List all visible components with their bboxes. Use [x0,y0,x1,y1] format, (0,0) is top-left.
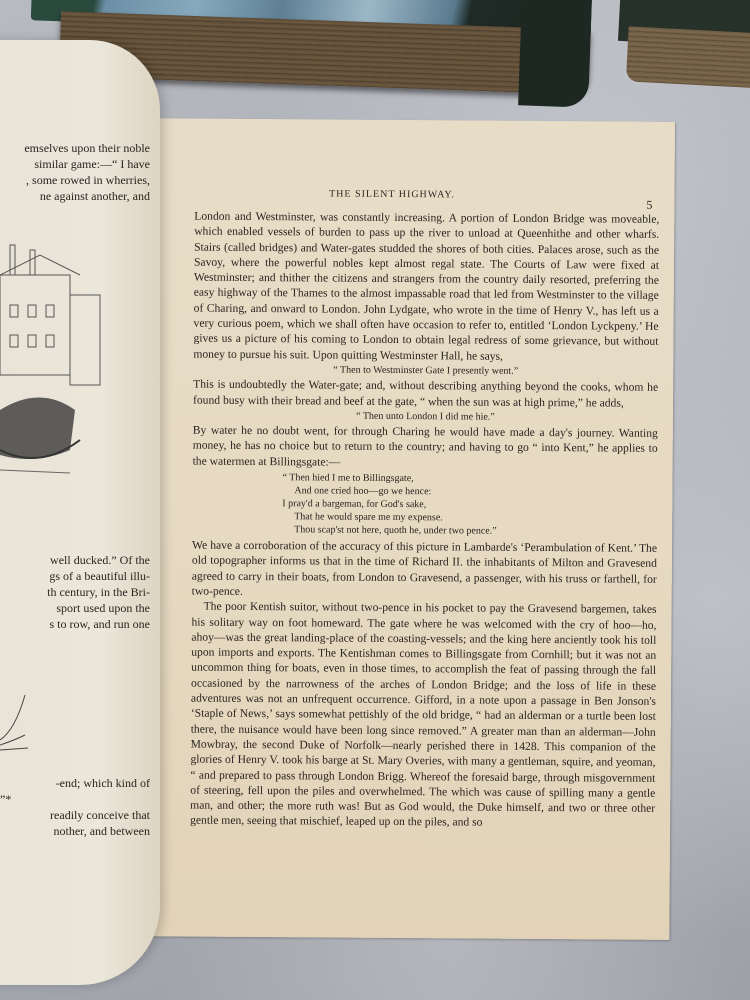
text-line: nother, and between [0,823,150,839]
text-line: th century, in the Bri- [0,584,150,600]
closed-book-right [615,0,750,99]
text-line: similar game:—“ I have [0,156,150,172]
text-line: gs of a beautiful illu- [0,568,150,584]
text-line: , some rowed in wherries, [0,172,150,188]
text-line: ”* [0,791,150,807]
leather-spine [518,0,592,108]
text-line: well ducked.” Of the [0,552,150,568]
right-page: THE SILENT HIGHWAY. 5 London and Westmin… [104,118,675,940]
paragraph: The poor Kentish suitor, without two-pen… [190,599,657,832]
paragraph: London and Westminster, was constantly i… [193,209,659,365]
running-head: THE SILENT HIGHWAY. [109,187,674,202]
left-text-bottom: -end; which kind of ”* readily conceive … [0,775,150,839]
text-line: ne against another, and [0,188,150,204]
left-text-top: emselves upon their noble similar game:—… [0,140,150,204]
text-line: s to row, and run one [0,616,150,632]
left-text-middle: well ducked.” Of the gs of a beautiful i… [0,552,150,632]
text-line: sport used upon the [0,600,150,616]
left-page: emselves upon their noble similar game:—… [0,40,160,985]
verse-line: Thou scap'st not here, quoth he, under t… [282,523,657,539]
engraving-illustration [0,235,110,505]
page-number: 5 [646,198,652,213]
page-edges [626,26,750,89]
verse: “ Then hied I me to Billingsgate, And on… [282,471,657,539]
text-line: -end; which kind of [0,775,150,791]
text-line: readily conceive that [0,807,150,823]
paragraph: By water he no doubt went, for through C… [193,423,658,472]
text-line: emselves upon their noble [0,140,150,156]
paragraph: We have a corroboration of the accuracy … [192,538,657,602]
paragraph: This is undoubtedly the Water-gate; and,… [193,377,658,411]
body-text: London and Westminster, was constantly i… [190,209,659,832]
boat-sketch [0,690,30,760]
